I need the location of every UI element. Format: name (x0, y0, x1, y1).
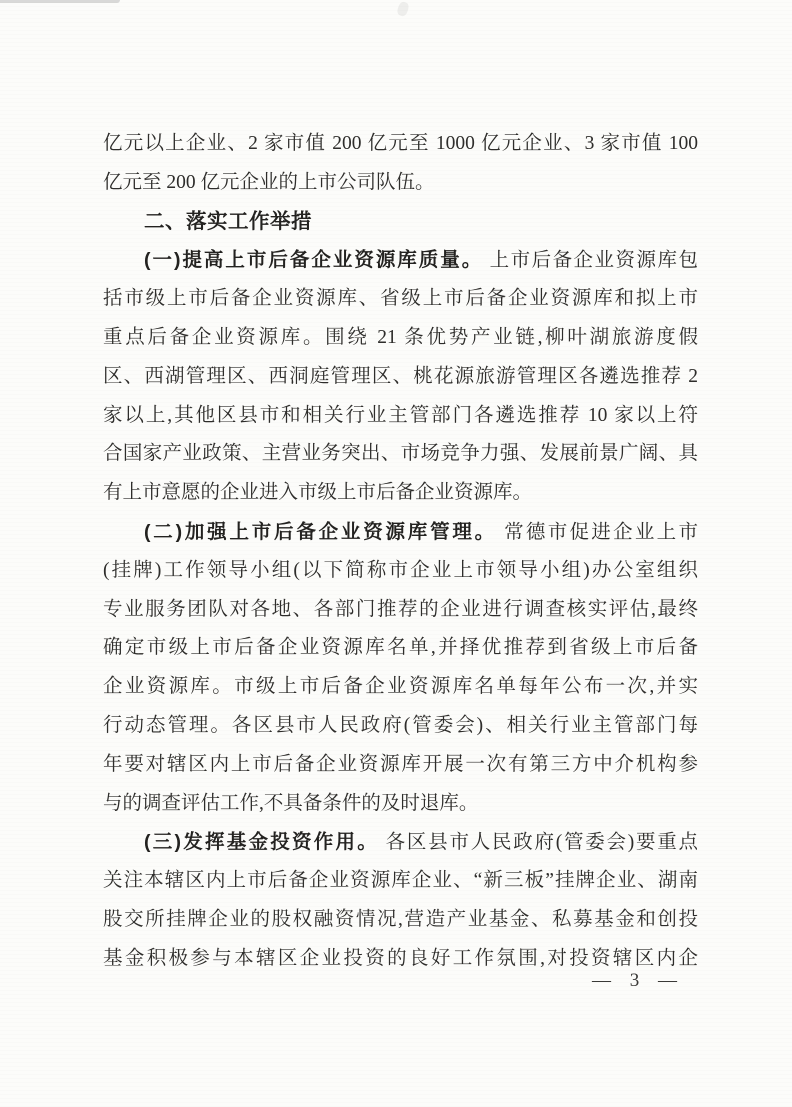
text-line: (三)发挥基金投资作用。 各区县市人民政府(管委会)要重点 (103, 823, 698, 862)
text-line: 亿元以上企业、2 家市值 200 亿元至 1000 亿元企业、3 家市值 100 (103, 125, 698, 164)
text-line: 企业资源库。市级上市后备企业资源库名单每年公布一次,并实 (103, 668, 698, 707)
line-text: 与的调查评估工作,不具备条件的及时退库。 (103, 793, 478, 814)
page-footer: — 3 — (592, 966, 684, 996)
line-text: 家以上,其他区县市和相关行业主管部门各遴选推荐 10 家以上符 (103, 405, 698, 426)
line-text: 亿元以上企业、2 家市值 200 亿元至 1000 亿元企业、3 家市值 100 (103, 133, 698, 154)
text-line: 区、西湖管理区、西洞庭管理区、桃花源旅游管理区各遴选推荐 2 (103, 358, 698, 397)
heading-text: 二、落实工作举措 (144, 210, 312, 233)
line-text: 重点后备企业资源库。围绕 21 条优势产业链,柳叶湖旅游度假 (103, 327, 698, 348)
text-line: (二)加强上市后备企业资源库管理。 常德市促进企业上市 (103, 513, 698, 552)
text-line: 括市级上市后备企业资源库、省级上市后备企业资源库和拟上市 (103, 280, 698, 319)
line-text: 有上市意愿的企业进入市级上市后备企业资源库。 (103, 482, 532, 503)
line-text: 合国家产业政策、主营业务突出、市场竞争力强、发展前景广阔、具 (103, 443, 698, 464)
text-line: 行动态管理。各区县市人民政府(管委会)、相关行业主管部门每 (103, 707, 698, 746)
line-text: (挂牌)工作领导小组(以下简称市企业上市领导小组)办公室组织 (103, 560, 698, 581)
line-text: 年要对辖区内上市后备企业资源库开展一次有第三方中介机构参 (103, 754, 698, 775)
text-line: 与的调查评估工作,不具备条件的及时退库。 (103, 785, 698, 824)
page-number: — 3 — (592, 970, 684, 991)
document-body: 亿元以上企业、2 家市值 200 亿元至 1000 亿元企业、3 家市值 100… (103, 125, 698, 979)
text-line: 年要对辖区内上市后备企业资源库开展一次有第三方中介机构参 (103, 746, 698, 785)
line-text: 行动态管理。各区县市人民政府(管委会)、相关行业主管部门每 (103, 715, 698, 736)
paragraph-lead-bold: (二)加强上市后备企业资源库管理。 (144, 521, 497, 543)
text-line: 亿元至 200 亿元企业的上市公司队伍。 (103, 164, 698, 203)
scan-artifact-top-center (396, 1, 410, 17)
text-line: 家以上,其他区县市和相关行业主管部门各遴选推荐 10 家以上符 (103, 397, 698, 436)
line-text: 括市级上市后备企业资源库、省级上市后备企业资源库和拟上市 (103, 288, 698, 309)
text-line: 关注本辖区内上市后备企业资源库企业、“新三板”挂牌企业、湖南 (103, 862, 698, 901)
line-text: 区、西湖管理区、西洞庭管理区、桃花源旅游管理区各遴选推荐 2 (103, 366, 698, 387)
line-text: 关注本辖区内上市后备企业资源库企业、“新三板”挂牌企业、湖南 (103, 870, 698, 891)
text-line: (挂牌)工作领导小组(以下简称市企业上市领导小组)办公室组织 (103, 552, 698, 591)
text-line: 合国家产业政策、主营业务突出、市场竞争力强、发展前景广阔、具 (103, 435, 698, 474)
text-line: 重点后备企业资源库。围绕 21 条优势产业链,柳叶湖旅游度假 (103, 319, 698, 358)
text-line: 确定市级上市后备企业资源库名单,并择优推荐到省级上市后备 (103, 629, 698, 668)
line-text: 各区县市人民政府(管委会)要重点 (379, 832, 698, 853)
paragraph-lead-bold: (一)提高上市后备企业资源库质量。 (144, 249, 483, 271)
line-text: 股交所挂牌企业的股权融资情况,营造产业基金、私募基金和创投 (103, 909, 698, 930)
section-heading: 二、落实工作举措 (103, 203, 698, 242)
line-text: 企业资源库。市级上市后备企业资源库名单每年公布一次,并实 (103, 676, 698, 697)
line-text: 亿元至 200 亿元企业的上市公司队伍。 (103, 172, 435, 193)
text-line: 有上市意愿的企业进入市级上市后备企业资源库。 (103, 474, 698, 513)
text-line: 专业服务团队对各地、各部门推荐的企业进行调查核实评估,最终 (103, 591, 698, 630)
paragraph-lead-bold: (三)发挥基金投资作用。 (144, 831, 379, 853)
scan-artifact-top-edge (0, 0, 120, 3)
line-text: 确定市级上市后备企业资源库名单,并择优推荐到省级上市后备 (103, 637, 698, 658)
text-line: (一)提高上市后备企业资源库质量。 上市后备企业资源库包 (103, 241, 698, 280)
line-text: 上市后备企业资源库包 (483, 250, 698, 271)
line-text: 常德市促进企业上市 (497, 522, 698, 543)
line-text: 专业服务团队对各地、各部门推荐的企业进行调查核实评估,最终 (103, 599, 698, 620)
text-line: 股交所挂牌企业的股权融资情况,营造产业基金、私募基金和创投 (103, 901, 698, 940)
scanned-document-page: 亿元以上企业、2 家市值 200 亿元至 1000 亿元企业、3 家市值 100… (0, 0, 792, 1107)
